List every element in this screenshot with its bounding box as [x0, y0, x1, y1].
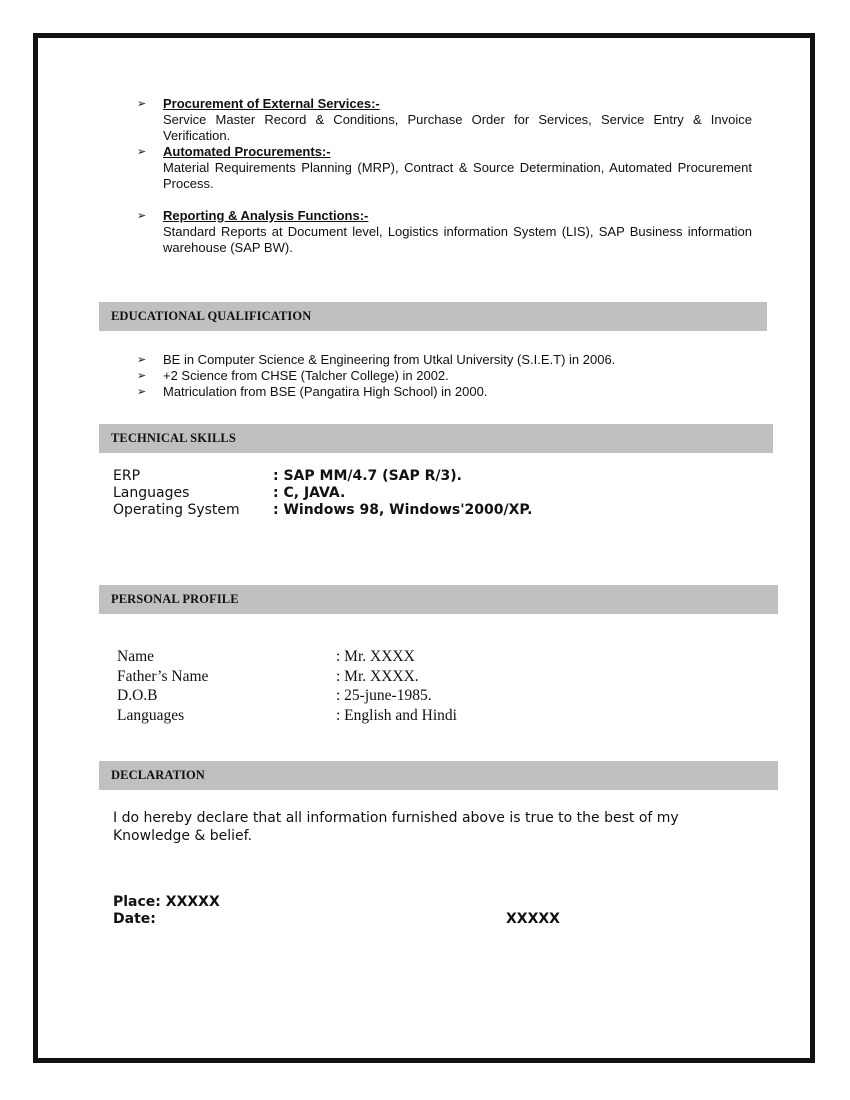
arrow-bullet-icon: ➢: [137, 384, 146, 400]
arrow-bullet-icon: ➢: [137, 208, 146, 224]
bullet-description: Material Requirements Planning (MRP), Co…: [163, 160, 752, 192]
profile-row: Name : Mr. XXXX: [117, 647, 457, 667]
arrow-bullet-icon: ➢: [137, 352, 146, 368]
profile-value: : English and Hindi: [336, 706, 457, 726]
profile-label: D.O.B: [117, 686, 336, 706]
declaration-text: I do hereby declare that all information…: [113, 809, 733, 845]
skill-value: : Windows 98, Windows'2000/XP.: [273, 502, 532, 519]
personal-profile-list: Name : Mr. XXXX Father’s Name : Mr. XXXX…: [117, 647, 457, 725]
skill-label: Operating System: [113, 502, 273, 519]
section-header-education: EDUCATIONAL QUALIFICATION: [99, 302, 767, 331]
profile-label: Name: [117, 647, 336, 667]
section-header-technical-skills: TECHNICAL SKILLS: [99, 424, 773, 453]
section-header-personal-profile: PERSONAL PROFILE: [99, 585, 778, 614]
bullet-heading: Procurement of External Services:-: [163, 96, 752, 112]
arrow-bullet-icon: ➢: [137, 368, 146, 384]
bullet-reporting-analysis: ➢ Reporting & Analysis Functions:- Stand…: [137, 208, 752, 256]
education-item: ➢ Matriculation from BSE (Pangatira High…: [137, 384, 615, 400]
skill-label: Languages: [113, 485, 273, 502]
profile-value: : Mr. XXXX.: [336, 667, 419, 687]
profile-row: Languages : English and Hindi: [117, 706, 457, 726]
skill-label: ERP: [113, 468, 273, 485]
profile-row: D.O.B : 25-june-1985.: [117, 686, 457, 706]
profile-label: Languages: [117, 706, 336, 726]
profile-row: Father’s Name : Mr. XXXX.: [117, 667, 457, 687]
profile-label: Father’s Name: [117, 667, 336, 687]
education-item: ➢ BE in Computer Science & Engineering f…: [137, 352, 615, 368]
profile-value: : 25-june-1985.: [336, 686, 432, 706]
arrow-bullet-icon: ➢: [137, 144, 146, 160]
education-list: ➢ BE in Computer Science & Engineering f…: [137, 352, 615, 400]
education-item: ➢ +2 Science from CHSE (Talcher College)…: [137, 368, 615, 384]
bullet-description: Service Master Record & Conditions, Purc…: [163, 112, 752, 144]
arrow-bullet-icon: ➢: [137, 96, 146, 112]
skill-row: ERP : SAP MM/4.7 (SAP R/3).: [113, 468, 532, 485]
skill-value: : SAP MM/4.7 (SAP R/3).: [273, 468, 462, 485]
bullet-automated-procurements: ➢ Automated Procurements:- Material Requ…: [137, 144, 752, 192]
bullet-heading: Automated Procurements:-: [163, 144, 752, 160]
section-header-declaration: DECLARATION: [99, 761, 778, 790]
profile-value: : Mr. XXXX: [336, 647, 415, 667]
skill-row: Languages : C, JAVA.: [113, 485, 532, 502]
skill-row: Operating System : Windows 98, Windows'2…: [113, 502, 532, 519]
skill-value: : C, JAVA.: [273, 485, 345, 502]
bullet-description: Standard Reports at Document level, Logi…: [163, 224, 752, 256]
signature-name: XXXXX: [506, 911, 560, 928]
bullet-heading: Reporting & Analysis Functions:-: [163, 208, 752, 224]
technical-skills-list: ERP : SAP MM/4.7 (SAP R/3). Languages : …: [113, 468, 532, 519]
signature-place: Place: XXXXX: [113, 894, 220, 911]
bullet-procurement-external: ➢ Procurement of External Services:- Ser…: [137, 96, 752, 144]
signature-date: Date:: [113, 911, 156, 928]
